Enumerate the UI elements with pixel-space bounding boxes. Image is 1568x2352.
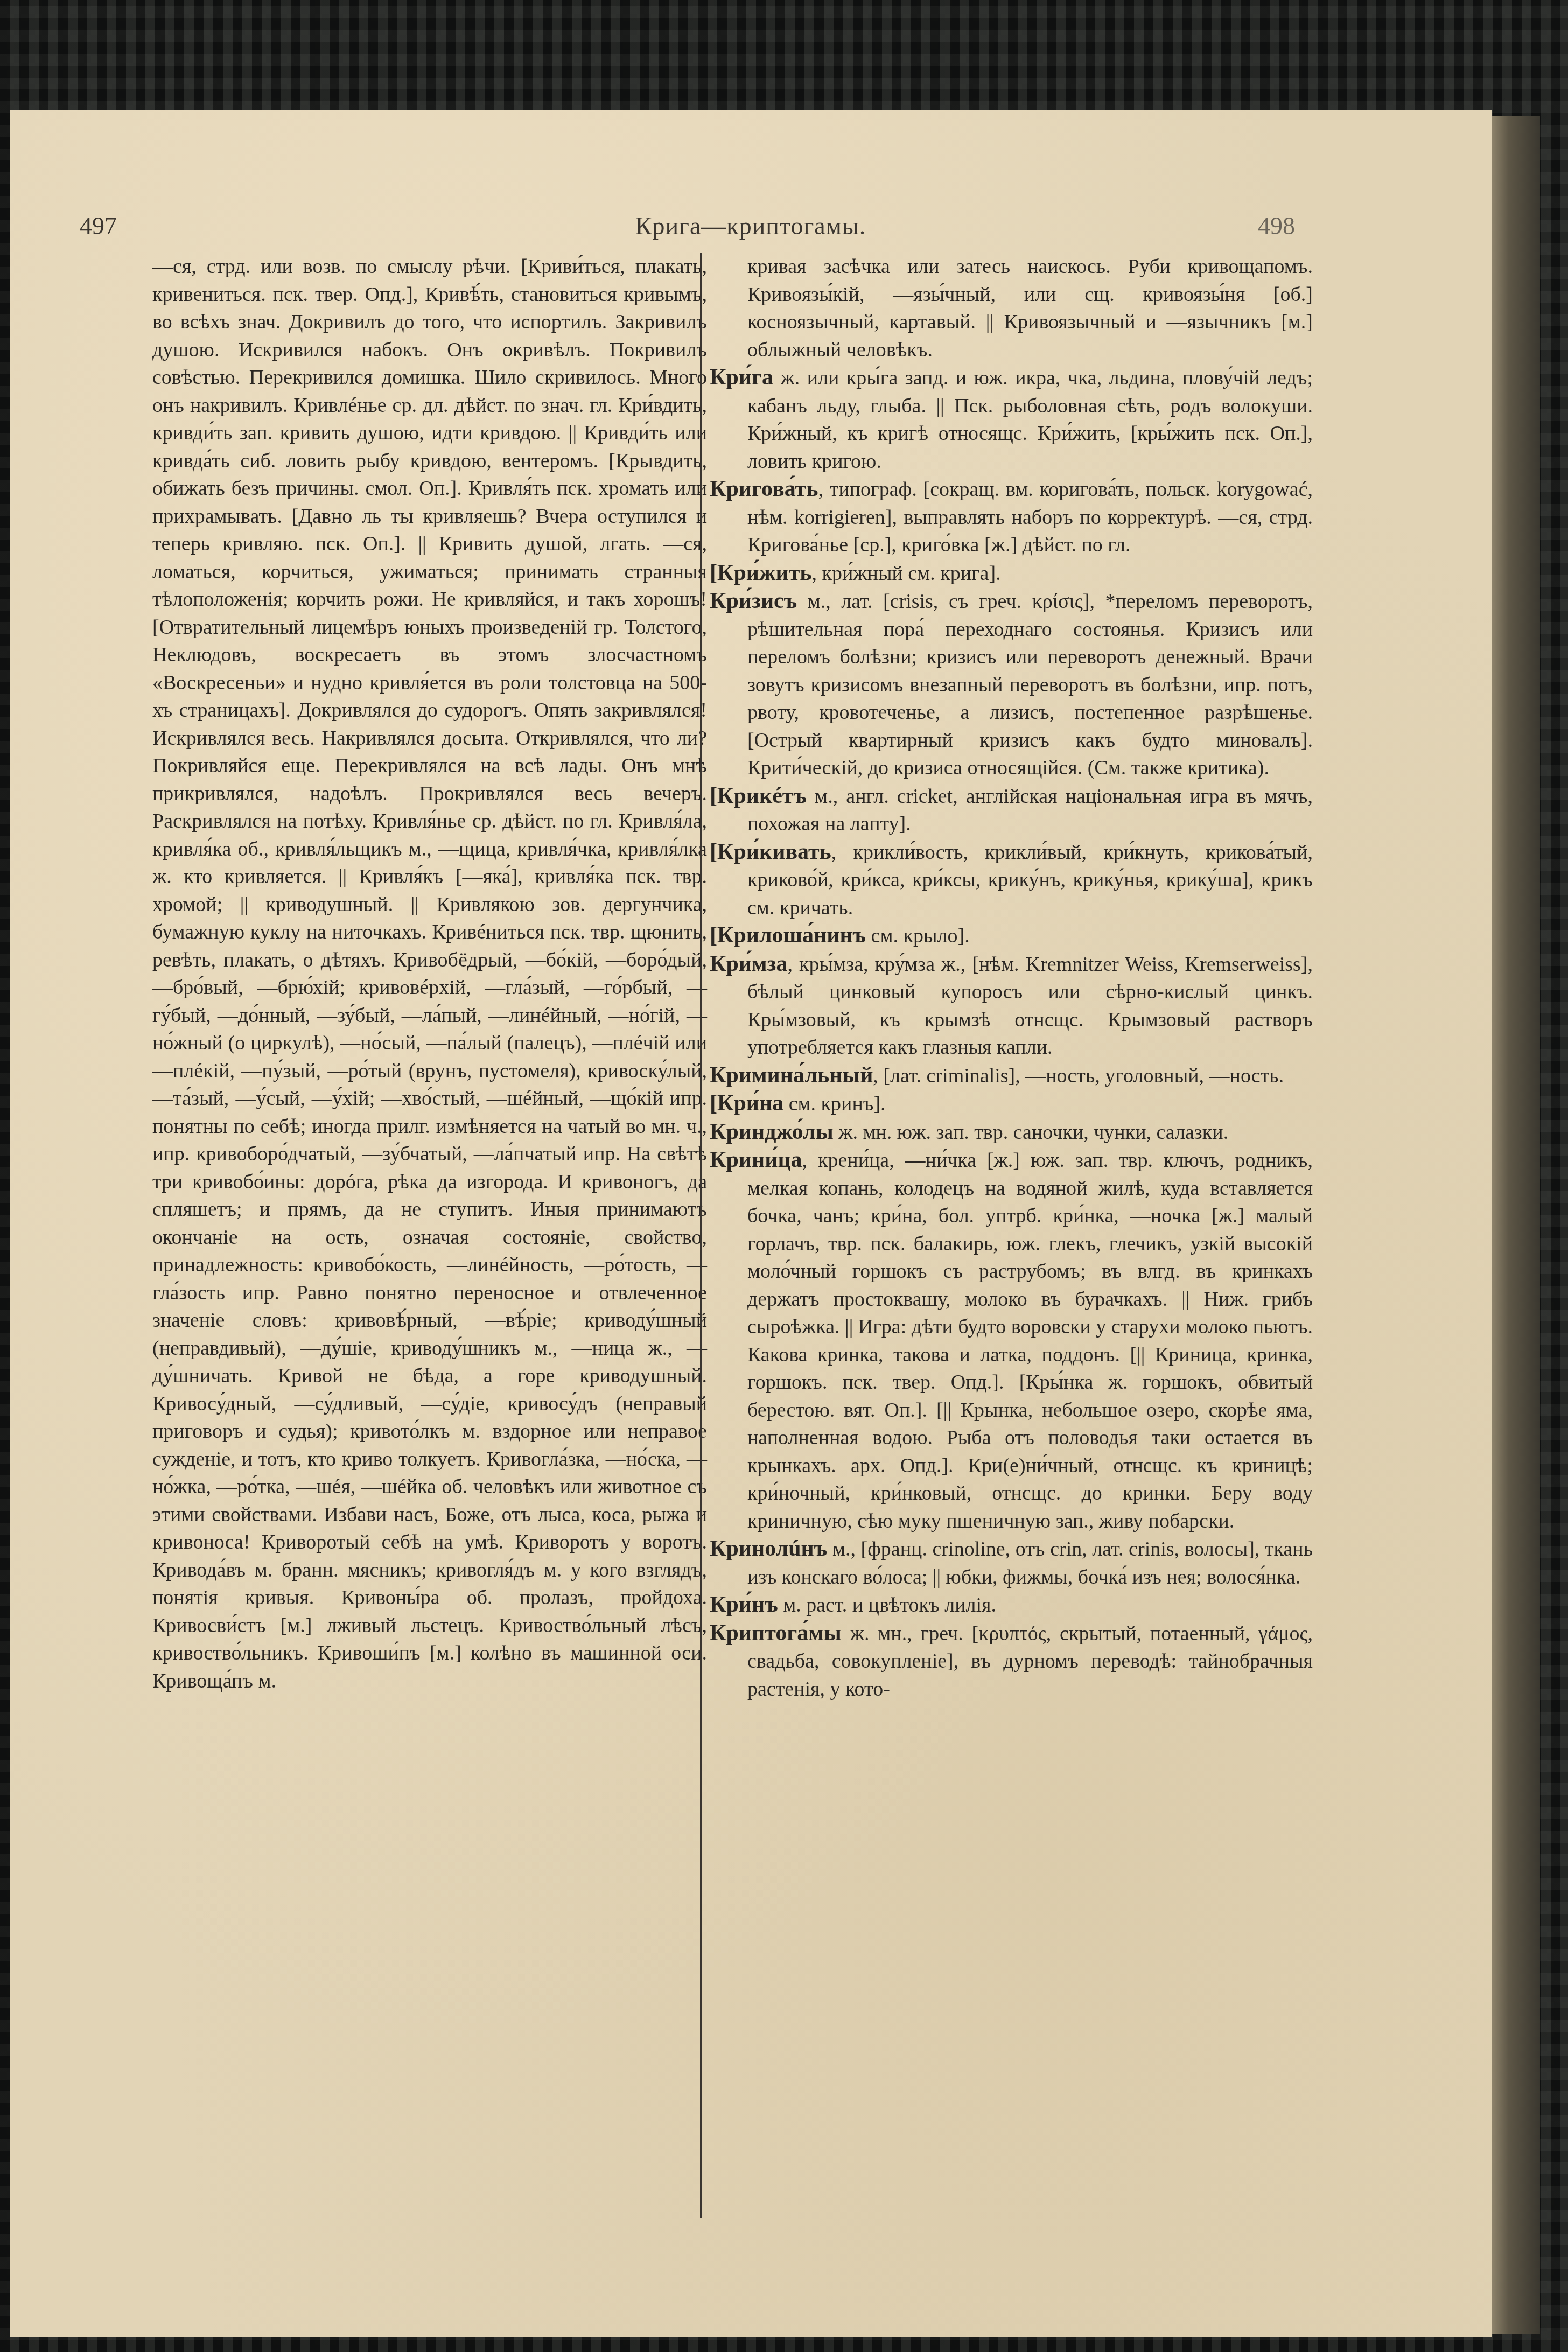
definition: , крени́ца, —ни́чка [ж.] юж. зап. твр. к… — [747, 1149, 1313, 1532]
definition: , [лат. criminalis], —ность, уголовный, … — [873, 1065, 1284, 1087]
definition: м., [франц. crinoline, отъ crin, лат. cr… — [747, 1538, 1313, 1588]
headword: Кри́мза — [710, 951, 788, 976]
right-column: кривая засѣчка или затесь наискось. Руби… — [710, 253, 1313, 1703]
headword: Кринолúнъ — [710, 1536, 827, 1561]
entry-kriminalny: Кримина́льный, [лат. criminalis], —ность… — [710, 1062, 1313, 1090]
entry-krina: [Кри́на см. кринъ]. — [710, 1090, 1313, 1118]
headword: [Крилоша́нинъ — [710, 923, 866, 948]
definition: ж. мн. юж. зап. твр. саночки, чунки, сал… — [834, 1121, 1228, 1144]
definition: м., лат. [crisis, съ греч. κρίσις], *пер… — [747, 590, 1313, 779]
definition: , типограф. [сокращ. вм. коригова́ть, по… — [747, 478, 1313, 556]
definition: ж. или кры́га запд. и юж. икра, чка, льд… — [747, 367, 1313, 473]
running-header: 497 Крига—криптогамы. 498 — [10, 212, 1492, 249]
definition: см. кринъ]. — [783, 1093, 885, 1115]
entry-kriptogamy: Криптога́мы ж. мн., греч. [κρυπτός, скры… — [710, 1620, 1313, 1704]
definition: см. крыло]. — [866, 925, 970, 947]
left-column-text: —ся, стрд. или возв. по смыслу рѣчи. [Кр… — [115, 253, 707, 1695]
entry-kridzholy: Кринджо́лы ж. мн. юж. зап. твр. саночки,… — [710, 1118, 1313, 1147]
headword: Крини́ца — [710, 1147, 802, 1172]
left-column: —ся, стрд. или возв. по смыслу рѣчи. [Кр… — [115, 253, 707, 1695]
headword: [Кри́кивать — [710, 839, 831, 864]
definition: , кри́жный см. крига]. — [812, 562, 1001, 585]
definition: м., англ. cricket, англійская національн… — [747, 785, 1313, 836]
entry-krikivat: [Кри́кивать, крикли́вость, крикли́вый, к… — [710, 838, 1313, 922]
headword: Кри́зисъ — [710, 589, 797, 613]
headword: Кримина́льный — [710, 1063, 873, 1088]
entry-kriket: [Крикéтъ м., англ. cricket, англійская н… — [710, 782, 1313, 838]
dictionary-page: 497 Крига—криптогамы. 498 —ся, стрд. или… — [10, 110, 1492, 2337]
entry-krimza: Кри́мза, кры́мза, кру́мза ж., [нѣм. Krem… — [710, 950, 1313, 1062]
book-page-edge — [1492, 116, 1540, 2334]
entry-krinitsa: Крини́ца, крени́ца, —ни́чка [ж.] юж. зап… — [710, 1146, 1313, 1535]
entry-krinolin: Кринолúнъ м., [франц. crinoline, отъ cri… — [710, 1535, 1313, 1591]
entry-krigovat: Кригова́ть, типограф. [сокращ. вм. кориг… — [710, 475, 1313, 559]
headword: [Кри́жить — [710, 561, 812, 585]
entry-krin: Кри́нъ м. раст. и цвѣтокъ лилія. — [710, 1591, 1313, 1620]
definition: м. раст. и цвѣтокъ лилія. — [778, 1594, 996, 1616]
entry-kriloshanin: [Крилоша́нинъ см. крыло]. — [710, 922, 1313, 950]
entry-krizis: Кри́зисъ м., лат. [crisis, съ греч. κρίσ… — [710, 587, 1313, 782]
headword: Кри́нъ — [710, 1592, 778, 1617]
definition: , кры́мза, кру́мза ж., [нѣм. Kremnitzer … — [747, 953, 1313, 1059]
headword: Кринджо́лы — [710, 1119, 834, 1144]
headword: Кри́га — [710, 365, 773, 390]
headword: [Крикéтъ — [710, 783, 807, 808]
entry-krizhit: [Кри́жить, кри́жный см. крига]. — [710, 559, 1313, 588]
page-number-right: 498 — [1258, 212, 1295, 240]
entry-continuation: кривая засѣчка или затесь наискось. Руби… — [710, 253, 1313, 364]
column-divider — [700, 253, 702, 2218]
headword: [Кри́на — [710, 1091, 783, 1116]
headword: Кригова́ть — [710, 477, 818, 501]
entry-kriga: Кри́га ж. или кры́га запд. и юж. икра, ч… — [710, 364, 1313, 475]
definition: , крикли́вость, крикли́вый, кри́кнуть, к… — [747, 841, 1313, 919]
headword: Криптога́мы — [710, 1621, 842, 1646]
